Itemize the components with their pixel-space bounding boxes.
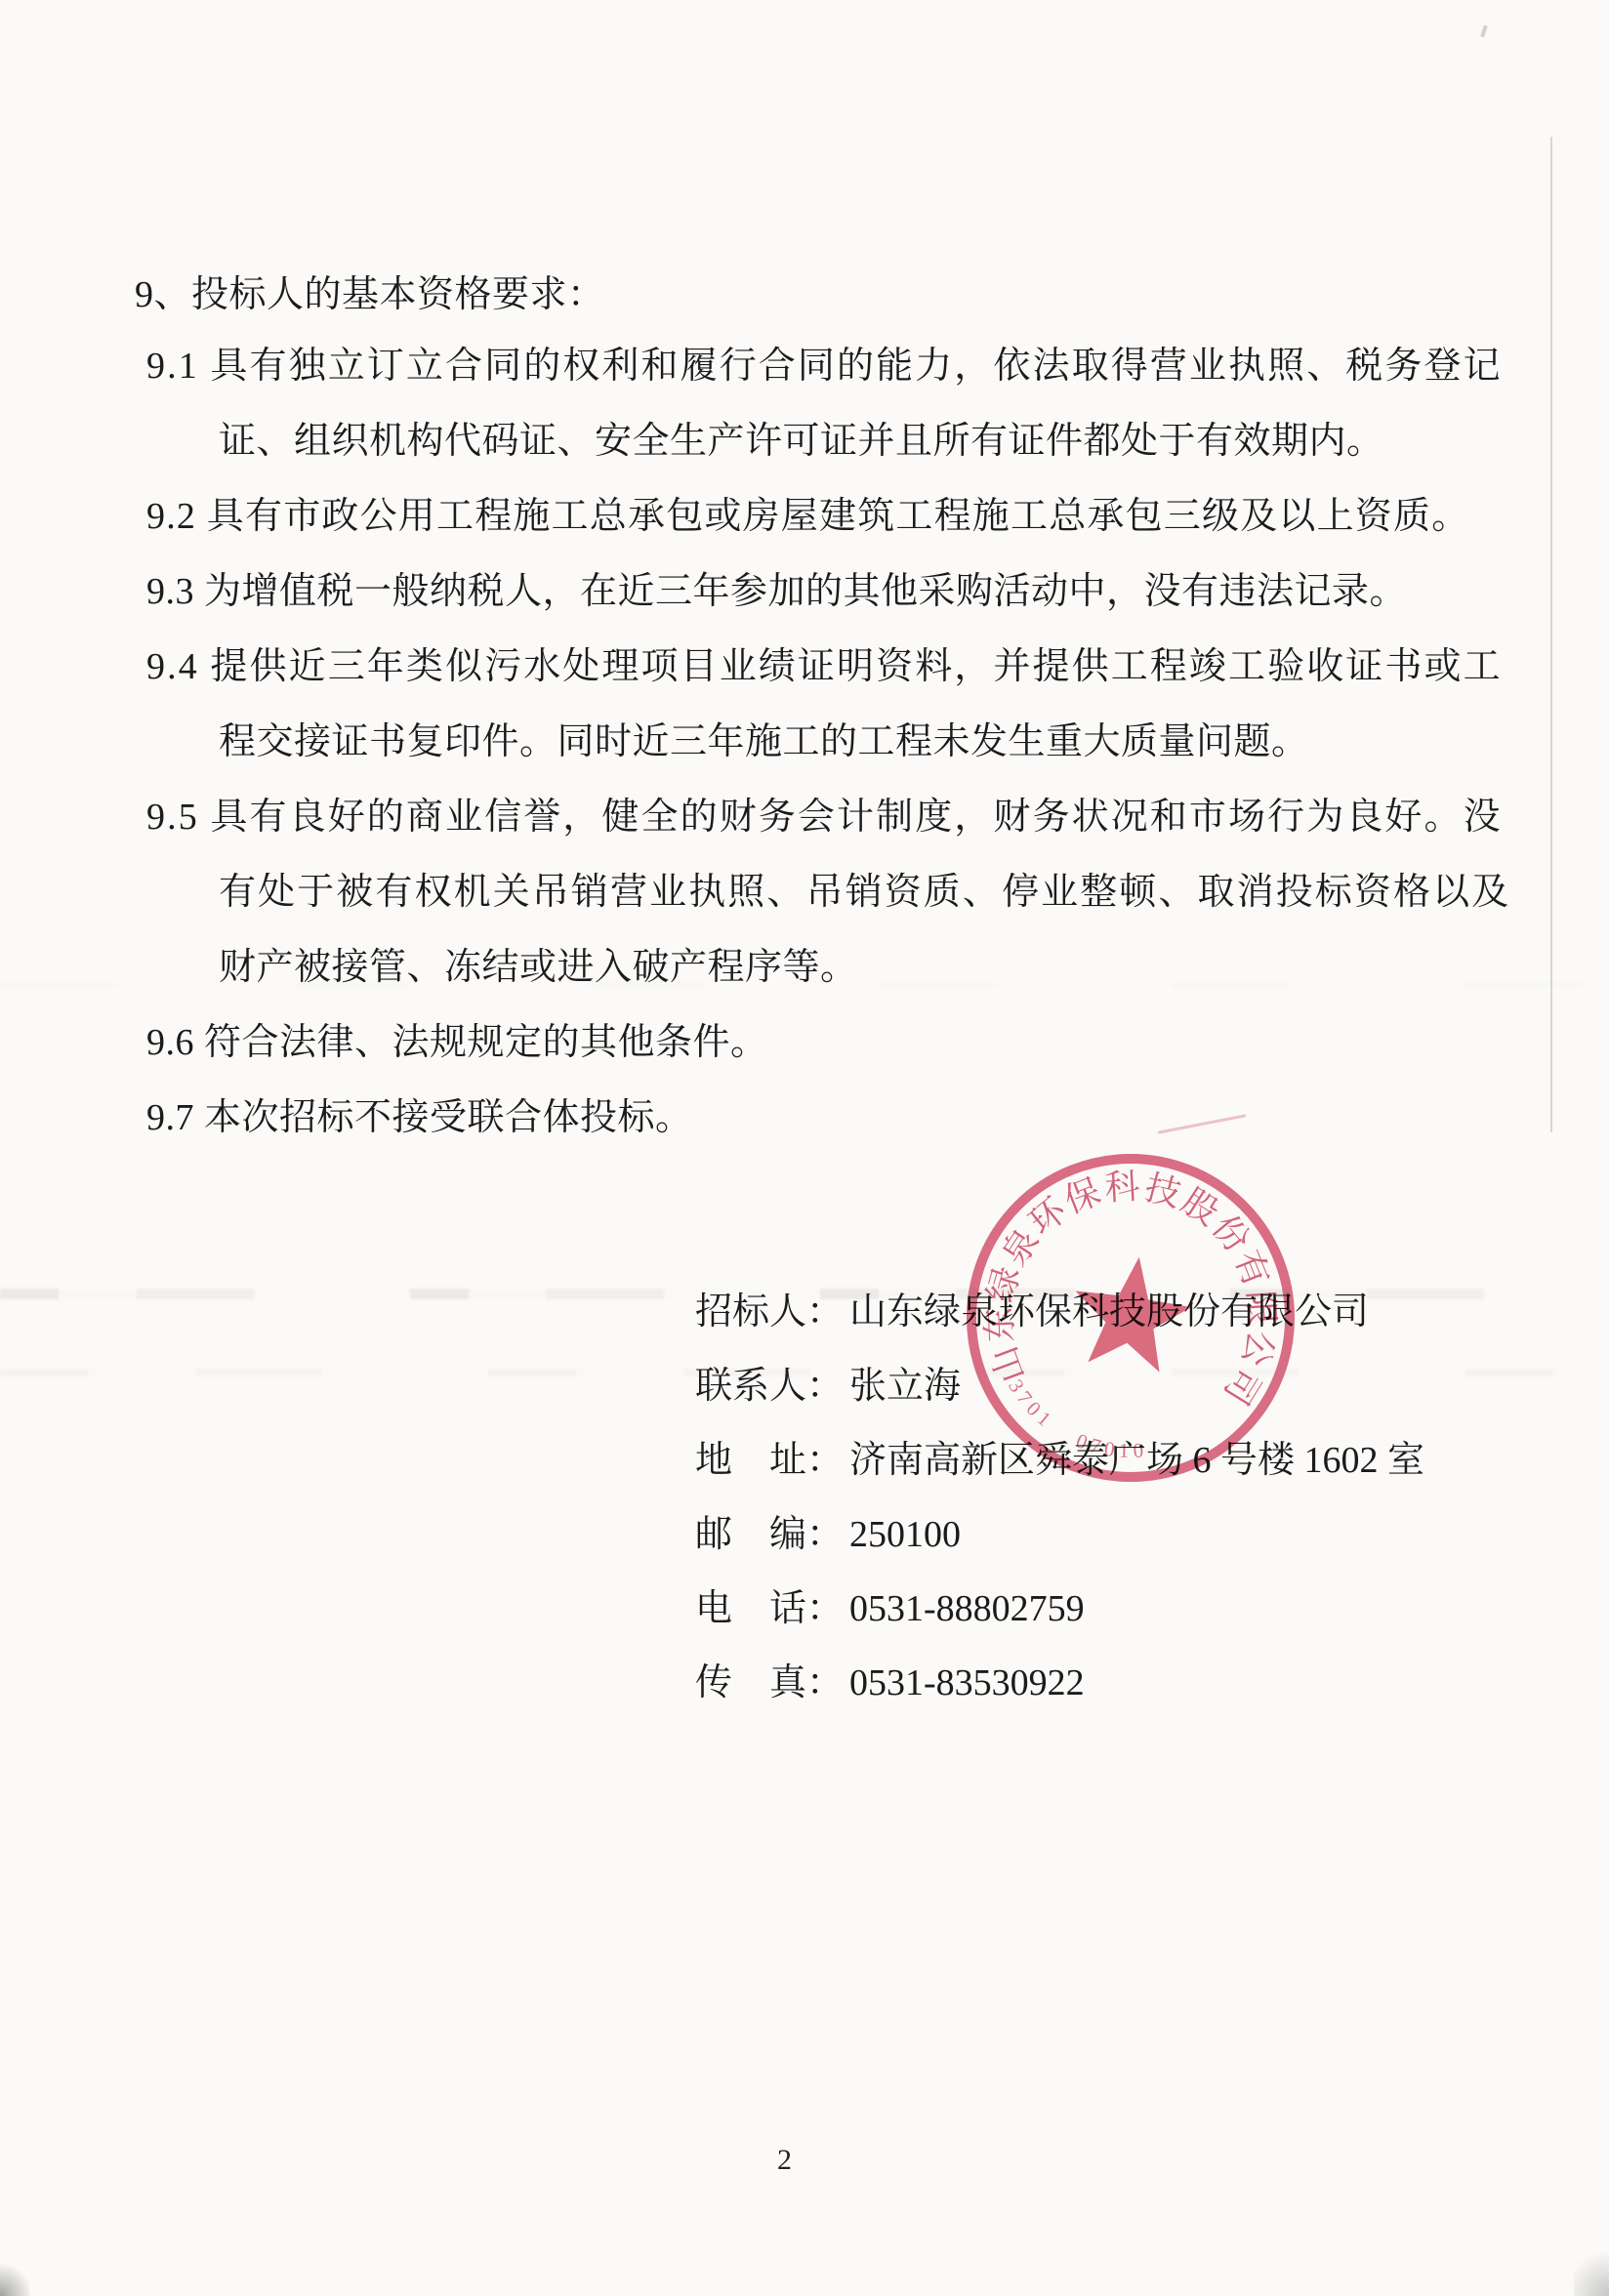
requirement-line-9-5-cont1: 有处于被有权机关吊销营业执照、吊销资质、停业整顿、取消投标资格以及 [219,861,1510,915]
page-number: 2 [777,2144,792,2177]
requirement-line-9-4: 9.4 提供近三年类似污水处理项目业绩证明资料，并提供工程竣工验收证书或工 [146,635,1503,689]
scan-vertical-line [1550,137,1552,1132]
requirement-line-9-4-cont: 程交接证书复印件。同时近三年施工的工程未发生重大质量问题。 [219,711,1309,764]
contact-row-postcode: 邮 编：250100 [695,1503,961,1557]
requirement-line-9-6: 9.6 符合法律、法规规定的其他条件。 [146,1011,768,1065]
postcode-value: 250100 [849,1513,961,1556]
phone-value: 0531-88802759 [849,1587,1085,1630]
requirement-line-9-7: 9.7 本次招标不接受联合体投标。 [146,1086,693,1140]
contact-row-fax: 传 真：0531-83530922 [695,1652,1085,1705]
company-seal: 山东绿泉环保科技股份有限公司 3701 07010 [955,1142,1306,1494]
requirement-line-9-2: 9.2 具有市政公用工程施工总承包或房屋建筑工程施工总承包三级及以上资质。 [146,485,1469,539]
requirement-line-9-1-cont: 证、组织机构代码证、安全生产许可证并且所有证件都处于有效期内。 [219,410,1384,464]
seal-star-icon [1066,1249,1197,1375]
contact-person-label: 联系人： [695,1355,844,1409]
postcode-label: 邮 编： [695,1503,844,1557]
tenderer-label: 招标人： [695,1281,844,1334]
section-heading: 9、投标人的基本资格要求： [135,264,605,317]
scanned-document-page: 9、投标人的基本资格要求： 9.1 具有独立订立合同的权利和履行合同的能力，依法… [0,0,1609,2296]
scan-corner-shadow-left [0,2259,29,2296]
fax-value: 0531-83530922 [849,1661,1085,1704]
contact-row-phone: 电 话：0531-88802759 [695,1578,1085,1631]
requirement-line-9-3: 9.3 为增值税一般纳税人，在近三年参加的其他采购活动中，没有违法记录。 [146,560,1407,614]
requirement-line-9-1: 9.1 具有独立订立合同的权利和履行合同的能力，依法取得营业执照、税务登记 [146,335,1503,389]
seal-ink-smear [1158,1114,1247,1133]
scan-speck [1480,25,1488,38]
address-label: 地 址： [695,1429,844,1483]
contact-row-person: 联系人：张立海 [695,1355,961,1409]
contact-person-value: 张立海 [849,1355,961,1409]
scan-corner-shadow-right [1574,2241,1609,2296]
seal-serial-bottom: 07010 [1072,1428,1152,1466]
phone-label: 电 话： [695,1578,844,1631]
fax-label: 传 真： [695,1652,844,1705]
requirement-line-9-5-cont2: 财产被接管、冻结或进入破产程序等。 [219,936,858,990]
requirement-line-9-5: 9.5 具有良好的商业信誉，健全的财务会计制度，财务状况和市场行为良好。没 [146,786,1503,840]
